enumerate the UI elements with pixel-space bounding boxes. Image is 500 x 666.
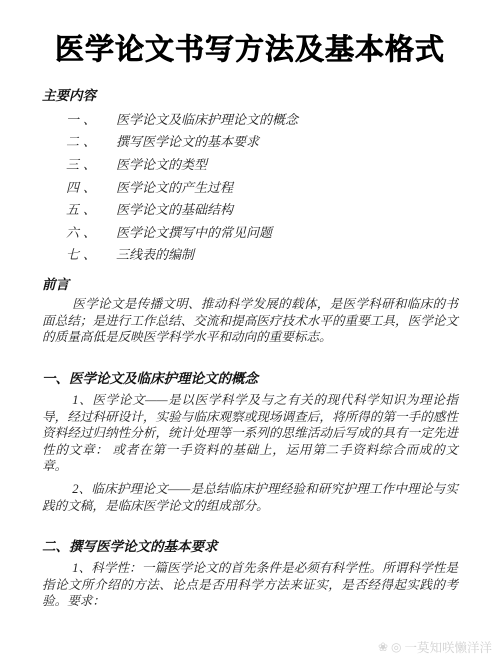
watermark: ❀ ◎ 一莫知咲懒洋洋 <box>378 638 492 656</box>
toc-item-2: 二、 撰写医学论文的基本要求 <box>42 130 458 153</box>
toc-heading: 主要内容 <box>42 84 458 104</box>
preface-paragraph: 医学论文是传播文明、推动科学发展的载体，是医学科研和临床的书面总结；是进行工作总… <box>42 296 458 346</box>
section1-paragraph-1: 1、医学论文——是以医学科学及与之有关的现代科学知识为理论指导，经过科研设计，实… <box>42 392 458 475</box>
toc-item-number: 五、 <box>42 199 116 218</box>
toc-item-number: 二、 <box>42 131 116 150</box>
section1-paragraph-2: 2、临床护理论文——是总结临床护理经验和研究护理工作中理论与实践的文稿，是临床医… <box>42 481 458 514</box>
flower-icon: ❀ <box>378 640 388 654</box>
toc-item-5: 五、 医学论文的基础结构 <box>42 197 458 220</box>
document-page: 医学论文书写方法及基本格式 主要内容 一、 医学论文及临床护理论文的概念 二、 … <box>0 0 500 666</box>
circle-logo-icon: ◎ <box>391 640 401 654</box>
toc-item-number: 三、 <box>42 154 116 173</box>
toc-item-label: 医学论文的类型 <box>116 154 458 173</box>
page-title: 医学论文书写方法及基本格式 <box>42 32 458 68</box>
section2-heading: 二、撰写医学论文的基本要求 <box>42 535 458 555</box>
toc-item-4: 四、 医学论文的产生过程 <box>42 175 458 198</box>
toc-item-3: 三、 医学论文的类型 <box>42 152 458 175</box>
table-of-contents: 一、 医学论文及临床护理论文的概念 二、 撰写医学论文的基本要求 三、 医学论文… <box>42 107 458 265</box>
toc-item-label: 三线表的编制 <box>116 244 458 263</box>
toc-item-label: 医学论文及临床护理论文的概念 <box>116 109 458 128</box>
toc-item-number: 一、 <box>42 109 116 128</box>
toc-item-label: 医学论文的基础结构 <box>116 199 458 218</box>
section2-paragraph-1: 1、科学性：一篇医学论文的首先条件是必须有科学性。所谓科学性是指论文所介绍的方法… <box>42 560 458 610</box>
toc-item-label: 医学论文的产生过程 <box>116 177 458 196</box>
toc-item-label: 撰写医学论文的基本要求 <box>116 131 458 150</box>
toc-item-1: 一、 医学论文及临床护理论文的概念 <box>42 107 458 130</box>
toc-item-7: 七、 三线表的编制 <box>42 243 458 266</box>
toc-item-number: 七、 <box>42 244 116 263</box>
preface-heading: 前言 <box>42 273 458 293</box>
section1-heading: 一、医学论文及临床护理论文的概念 <box>42 367 458 387</box>
toc-item-6: 六、 医学论文撰写中的常见问题 <box>42 220 458 243</box>
toc-item-number: 四、 <box>42 177 116 196</box>
toc-item-number: 六、 <box>42 222 116 241</box>
watermark-text: 一莫知咲懒洋洋 <box>404 638 492 656</box>
toc-item-label: 医学论文撰写中的常见问题 <box>116 222 458 241</box>
